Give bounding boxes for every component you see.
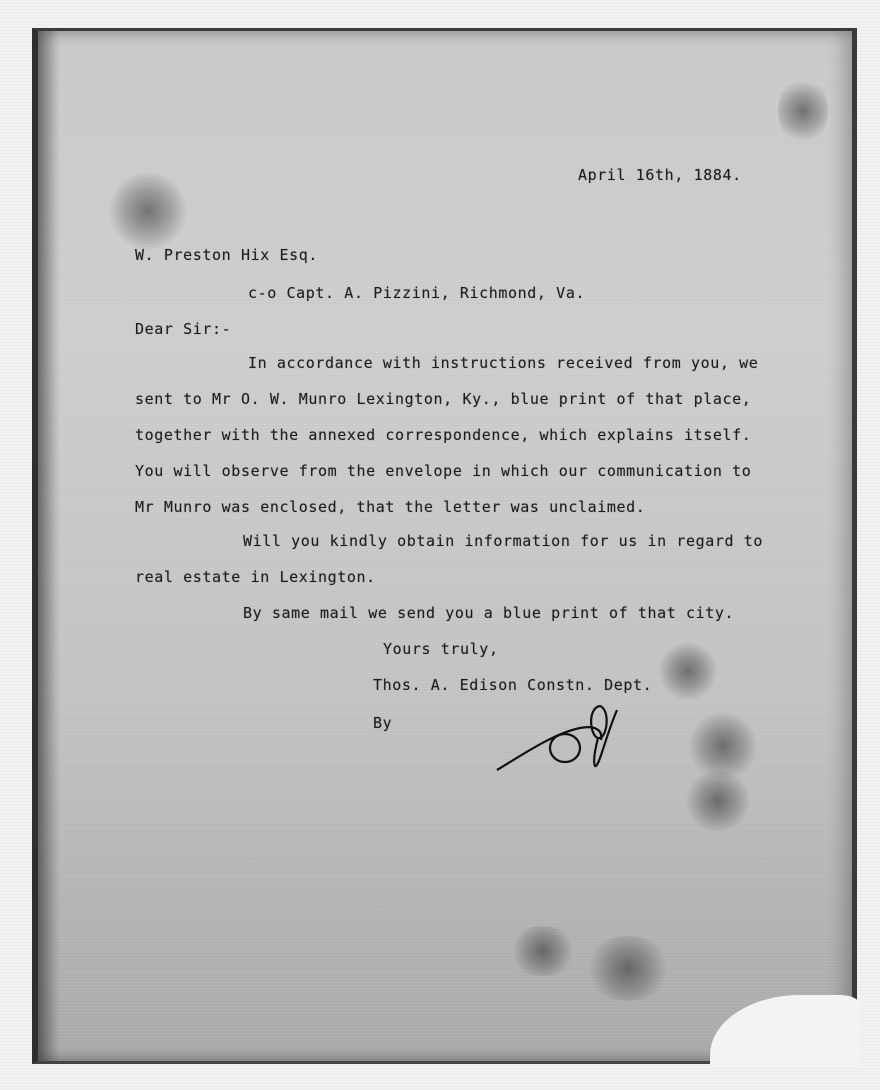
smudge-mid-right-3 xyxy=(683,771,753,831)
letter-signatory: Thos. A. Edison Constn. Dept. xyxy=(373,676,652,694)
torn-corner xyxy=(710,995,860,1067)
body-line-5: Mr Munro was enclosed, that the letter w… xyxy=(135,498,645,516)
smudge-mid-right-1 xyxy=(658,641,718,701)
smudge-top-left xyxy=(108,171,188,251)
body-line-1: In accordance with instructions received… xyxy=(248,354,758,372)
body-line-7: real estate in Lexington. xyxy=(135,568,376,586)
handwritten-signature-icon xyxy=(495,698,625,778)
page-edge-shadow xyxy=(38,31,60,1061)
letter-by-label: By xyxy=(373,714,392,732)
body-line-4: You will observe from the envelope in wh… xyxy=(135,462,751,480)
body-line-2: sent to Mr O. W. Munro Lexington, Ky., b… xyxy=(135,390,751,408)
smudge-top-right xyxy=(778,76,828,146)
letter-date: April 16th, 1884. xyxy=(578,166,742,184)
letter-salutation: Dear Sir:- xyxy=(135,320,231,338)
smudge-bottom-1 xyxy=(508,926,578,976)
letter-recipient: W. Preston Hix Esq. xyxy=(135,246,318,264)
body-line-3: together with the annexed correspondence… xyxy=(135,426,751,444)
letter-closing: Yours truly, xyxy=(383,640,499,658)
body-line-8: By same mail we send you a blue print of… xyxy=(243,604,734,622)
letter-care-of: c-o Capt. A. Pizzini, Richmond, Va. xyxy=(248,284,585,302)
smudge-bottom-2 xyxy=(583,936,673,1001)
body-line-6: Will you kindly obtain information for u… xyxy=(243,532,763,550)
